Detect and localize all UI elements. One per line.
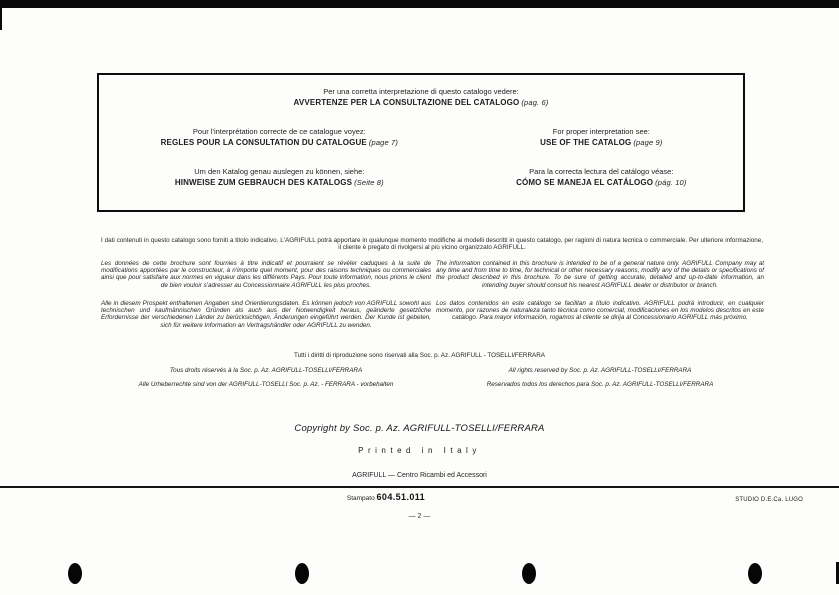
print-code: 604.51.011: [377, 492, 426, 502]
scan-top-bar: [0, 0, 839, 8]
notice-french-intro: Pour l'interprétation correcte de ce cat…: [99, 127, 460, 137]
notice-english-pageref: (page 9): [633, 138, 662, 147]
notice-italian-intro: Per una corretta interpretazione di ques…: [99, 87, 743, 97]
department-line: AGRIFULL — Centro Ricambi ed Accessori: [0, 472, 839, 479]
print-code-line: Stampato 604.51.011: [0, 492, 772, 502]
disclaimer-italian: I dati contenuti in questo catalogo sono…: [101, 237, 763, 251]
notice-spanish-title: CÓMO SE MANEJA EL CATÁLOGO(pág. 10): [460, 177, 743, 188]
notice-german: Um den Katalog genau auslegen zu können,…: [99, 167, 460, 188]
notice-english-title: USE OF THE CATALOG(page 9): [460, 137, 743, 148]
consultation-notice-box: Per una corretta interpretazione di ques…: [97, 73, 745, 212]
disclaimer-spanish: Los datos contenidos en este catálogo se…: [436, 300, 764, 322]
registration-dot: [295, 563, 309, 584]
stampato-label: Stampato: [347, 495, 375, 502]
copyright-line: Copyright by Soc. p. Az. AGRIFULL-TOSELL…: [0, 423, 839, 434]
notice-french: Pour l'interprétation correcte de ce cat…: [99, 127, 460, 148]
notice-french-pageref: (page 7): [369, 138, 398, 147]
rights-english: All rights reserved by Soc. p. Az. AGRIF…: [436, 367, 764, 374]
page-number: — 2 —: [0, 513, 839, 520]
notice-italian-title: AVVERTENZE PER LA CONSULTAZIONE DEL CATA…: [99, 97, 743, 108]
printed-in-italy: Printed in Italy: [0, 446, 839, 455]
registration-dot: [68, 563, 82, 584]
disclaimer-english: The information contained in this brochu…: [436, 260, 764, 289]
notice-row-fr-en: Pour l'interprétation correcte de ce cat…: [99, 127, 743, 148]
notice-italian-pageref: (pag. 6): [521, 98, 548, 107]
notice-french-title: REGLES POUR LA CONSULTATION DU CATALOGUE…: [99, 137, 460, 148]
disclaimer-french: Les données de cette brochure sont fourn…: [101, 260, 431, 289]
notice-italian: Per una corretta interpretazione di ques…: [99, 87, 743, 108]
registration-dot: [748, 563, 762, 584]
notice-english: For proper interpretation see: USE OF TH…: [460, 127, 743, 148]
catalog-page: Per una corretta interpretazione di ques…: [0, 0, 839, 595]
notice-english-intro: For proper interpretation see:: [460, 127, 743, 137]
rights-spanish: Reservados todos los derechos para Soc. …: [436, 381, 764, 388]
notice-german-title: HINWEISE ZUM GEBRAUCH DES KATALOGS(Seite…: [99, 177, 460, 188]
divider-rule: [0, 486, 839, 488]
rights-french: Tous droits réservés à la Soc. p. Az. AG…: [101, 367, 431, 374]
disclaimer-german: Alle in diesem Prospekt enthaltenen Anga…: [101, 300, 431, 329]
rights-italian: Tutti i diritti di riproduzione sono ris…: [0, 352, 839, 359]
notice-german-intro: Um den Katalog genau auslegen zu können,…: [99, 167, 460, 177]
notice-row-de-es: Um den Katalog genau auslegen zu können,…: [99, 167, 743, 188]
registration-dot: [522, 563, 536, 584]
scan-left-edge-mark: [0, 8, 2, 30]
studio-credit: STUDIO D.E.Ca. LUGO: [735, 497, 803, 503]
notice-spanish: Para la correcta lectura del catálogo vé…: [460, 167, 743, 188]
notice-german-pageref: (Seite 8): [354, 178, 384, 187]
notice-spanish-intro: Para la correcta lectura del catálogo vé…: [460, 167, 743, 177]
rights-german: Alle Urheberrechte sind von der AGRIFULL…: [101, 381, 431, 388]
notice-spanish-pageref: (pág. 10): [655, 178, 686, 187]
